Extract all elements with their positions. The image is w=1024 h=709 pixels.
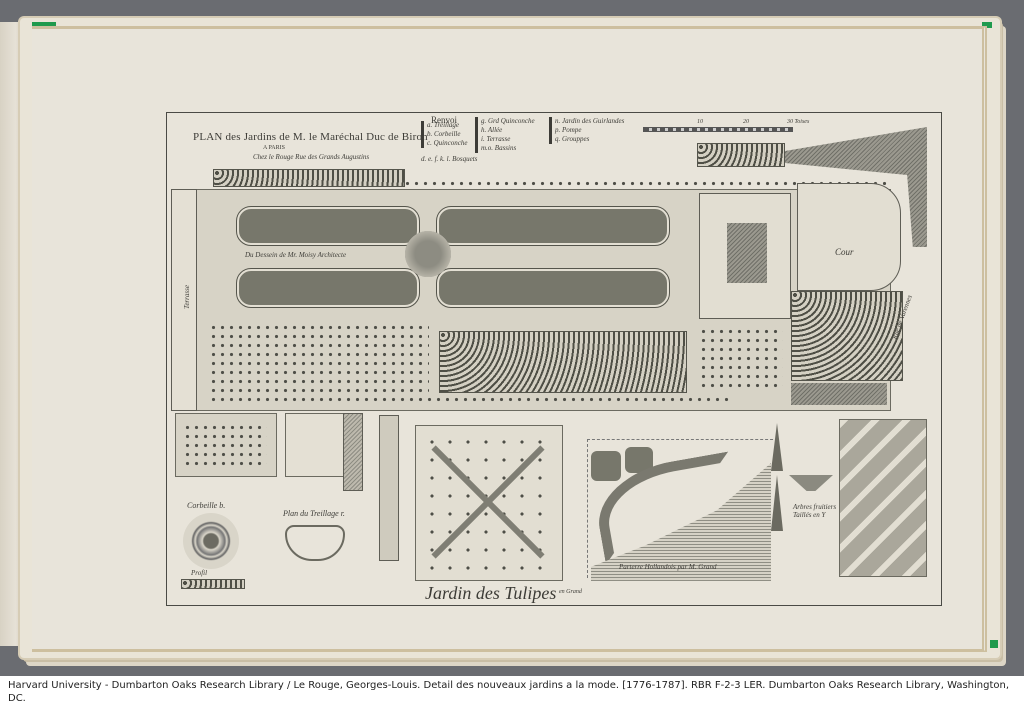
tulip-garden-sub: en Grand <box>559 589 582 595</box>
legend-column-3: n. Jardin des Guirlandes p. Pompe q. Gro… <box>549 117 624 144</box>
legend-extra: d. e. f. k. l. Bosquets <box>421 155 477 163</box>
detail-trees <box>183 423 267 469</box>
plan-title: PLAN des Jardins de M. le Maréchal Duc d… <box>193 131 428 143</box>
plan-publisher: Chez le Rouge Rue des Grands Augustins <box>253 153 369 161</box>
parterre-bed <box>437 269 669 307</box>
detail-orangerie <box>285 413 345 477</box>
terrace-label: Terrasse <box>183 285 191 309</box>
legend-item: c. Quinconche <box>427 139 467 148</box>
central-basin <box>405 231 451 277</box>
tulip-garden-label: Jardin des Tulipes <box>425 583 556 604</box>
bosquet <box>439 331 687 393</box>
cypress-tree <box>771 423 783 471</box>
legend-item: m.o. Bassins <box>481 144 535 153</box>
green-tab <box>990 640 998 648</box>
hatched-beds <box>839 419 927 577</box>
courtyard <box>797 183 901 291</box>
scale-label: 20 <box>743 119 749 125</box>
legend-item: h. Allée <box>481 126 535 135</box>
garland-garden <box>697 143 785 167</box>
legend-item: g. Grd Quinconche <box>481 117 535 126</box>
trellis-label: Plan du Treillage r. <box>283 509 345 518</box>
trellis-plan <box>285 525 345 561</box>
parterre-bed <box>237 269 419 307</box>
scale-bar <box>643 127 793 132</box>
court-label: Cour <box>835 247 854 257</box>
allee-strip <box>379 415 399 561</box>
bosquet-strip <box>213 169 405 187</box>
flower-parterre <box>791 291 903 381</box>
hatched-area <box>791 383 887 405</box>
basket-profile <box>181 579 245 589</box>
scale-label: 10 <box>697 119 703 125</box>
quincunx-trees <box>699 327 783 391</box>
cypress-tree <box>771 475 783 531</box>
parterre-bed <box>237 207 419 245</box>
legend-item: i. Terrasse <box>481 135 535 144</box>
engraved-plate: PLAN des Jardins de M. le Maréchal Duc d… <box>166 112 942 606</box>
dutch-parterre-label: Parterre Hollandois par M. Grand <box>619 563 717 571</box>
quincunx-trees <box>209 323 429 393</box>
legend-item: q. Grouppes <box>555 135 624 144</box>
image-caption: Harvard University - Dumbarton Oaks Rese… <box>0 676 1024 709</box>
legend-item: b. Corbeille <box>427 130 467 139</box>
legend-item: n. Jardin des Guirlandes <box>555 117 624 126</box>
designer-note: Du Dessein de Mr. Moisy Architecte <box>245 251 346 259</box>
plan-place: A PARIS <box>263 145 285 151</box>
espalier-tree <box>789 475 833 491</box>
legend-item: p. Pompe <box>555 126 624 135</box>
parterre-bed <box>437 207 669 245</box>
pavilion-roof <box>727 223 767 283</box>
tree-row <box>209 395 729 405</box>
profile-label: Profil <box>191 569 207 577</box>
legend-item: a. Treillage <box>427 121 467 130</box>
basket-plan <box>183 513 239 569</box>
hatched-strip <box>343 413 363 491</box>
scale-label: 30 Toises <box>787 119 809 125</box>
basket-label: Corbeille b. <box>187 501 225 510</box>
legend-column-2: g. Grd Quinconche h. Allée i. Terrasse m… <box>475 117 535 153</box>
parterre-shape <box>591 451 621 481</box>
legend-column-1: a. Treillage b. Corbeille c. Quinconche <box>421 121 467 148</box>
